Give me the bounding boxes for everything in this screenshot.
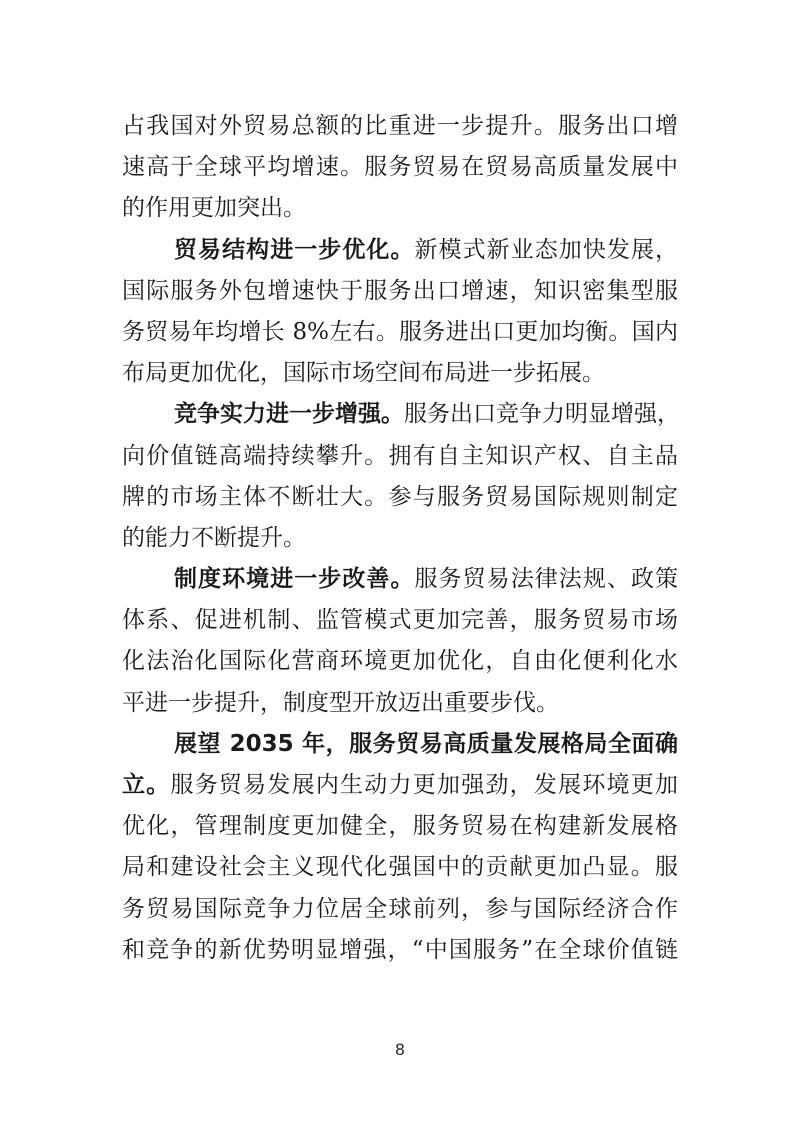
text-line: 向价值链高端持续攀升。拥有自主知识产权、自主品 [122, 436, 678, 477]
text-line: 务贸易年均增长 8%左右。服务进出口更加均衡。国内 [122, 312, 678, 353]
text-line: 平进一步提升，制度型开放迈出重要步伐。 [122, 683, 678, 724]
paragraph-competitiveness: 竞争实力进一步增强。服务出口竞争力明显增强， 向价值链高端持续攀升。拥有自主知识… [122, 394, 678, 559]
paragraph-heading: 贸易结构进一步优化。 [174, 237, 415, 263]
text-line: 优化，管理制度更加健全，服务贸易在构建新发展格 [122, 806, 678, 847]
paragraph-heading-end: 立。 [122, 772, 170, 798]
text-line: 的能力不断提升。 [122, 518, 678, 559]
paragraph-heading: 竞争实力进一步增强。 [174, 401, 404, 427]
text-run: 服务贸易发展内生动力更加强劲，发展环境更加 [170, 772, 678, 798]
page-number: 8 [0, 1040, 800, 1060]
text-line: 国际服务外包增速快于服务出口增速，知识密集型服 [122, 271, 678, 312]
text-line: 制度环境进一步改善。服务贸易法律法规、政策 [122, 559, 678, 600]
text-line: 体系、促进机制、监管模式更加完善，服务贸易市场 [122, 600, 678, 641]
text-line: 牌的市场主体不断壮大。参与服务贸易国际规则制定 [122, 477, 678, 518]
text-line: 竞争实力进一步增强。服务出口竞争力明显增强， [122, 394, 678, 435]
paragraph-institutional-environment: 制度环境进一步改善。服务贸易法律法规、政策 体系、促进机制、监管模式更加完善，服… [122, 559, 678, 724]
text-line: 贸易结构进一步优化。新模式新业态加快发展， [122, 230, 678, 271]
text-line: 速高于全球平均增速。服务贸易在贸易高质量发展中 [122, 147, 678, 188]
text-line: 占我国对外贸易总额的比重进一步提升。服务出口增 [122, 106, 678, 147]
paragraph-outlook-2035: 展望 2035 年，服务贸易高质量发展格局全面确 立。服务贸易发展内生动力更加强… [122, 724, 678, 971]
text-line: 布局更加优化，国际市场空间布局进一步拓展。 [122, 353, 678, 394]
text-line: 的作用更加突出。 [122, 188, 678, 229]
paragraph-trade-structure: 贸易结构进一步优化。新模式新业态加快发展， 国际服务外包增速快于服务出口增速，知… [122, 230, 678, 395]
paragraph-heading: 制度环境进一步改善。 [174, 566, 415, 592]
document-body: 占我国对外贸易总额的比重进一步提升。服务出口增 速高于全球平均增速。服务贸易在贸… [122, 106, 678, 971]
text-line: 务贸易国际竞争力位居全球前列，参与国际经济合作 [122, 889, 678, 930]
paragraph-heading: 展望 2035 年，服务贸易高质量发展格局全面确 [122, 724, 678, 765]
paragraph-trade-share: 占我国对外贸易总额的比重进一步提升。服务出口增 速高于全球平均增速。服务贸易在贸… [122, 106, 678, 230]
text-line: 局和建设社会主义现代化强国中的贡献更加凸显。服 [122, 847, 678, 888]
text-run: 服务出口竞争力明显增强， [404, 401, 680, 427]
text-line: 化法治化国际化营商环境更加优化，自由化便利化水 [122, 641, 678, 682]
text-line: 立。服务贸易发展内生动力更加强劲，发展环境更加 [122, 765, 678, 806]
text-run: 服务贸易法律法规、政策 [415, 566, 679, 592]
text-line: 和竞争的新优势明显增强，“中国服务”在全球价值链 [122, 930, 678, 971]
text-run: 新模式新业态加快发展， [415, 237, 679, 263]
